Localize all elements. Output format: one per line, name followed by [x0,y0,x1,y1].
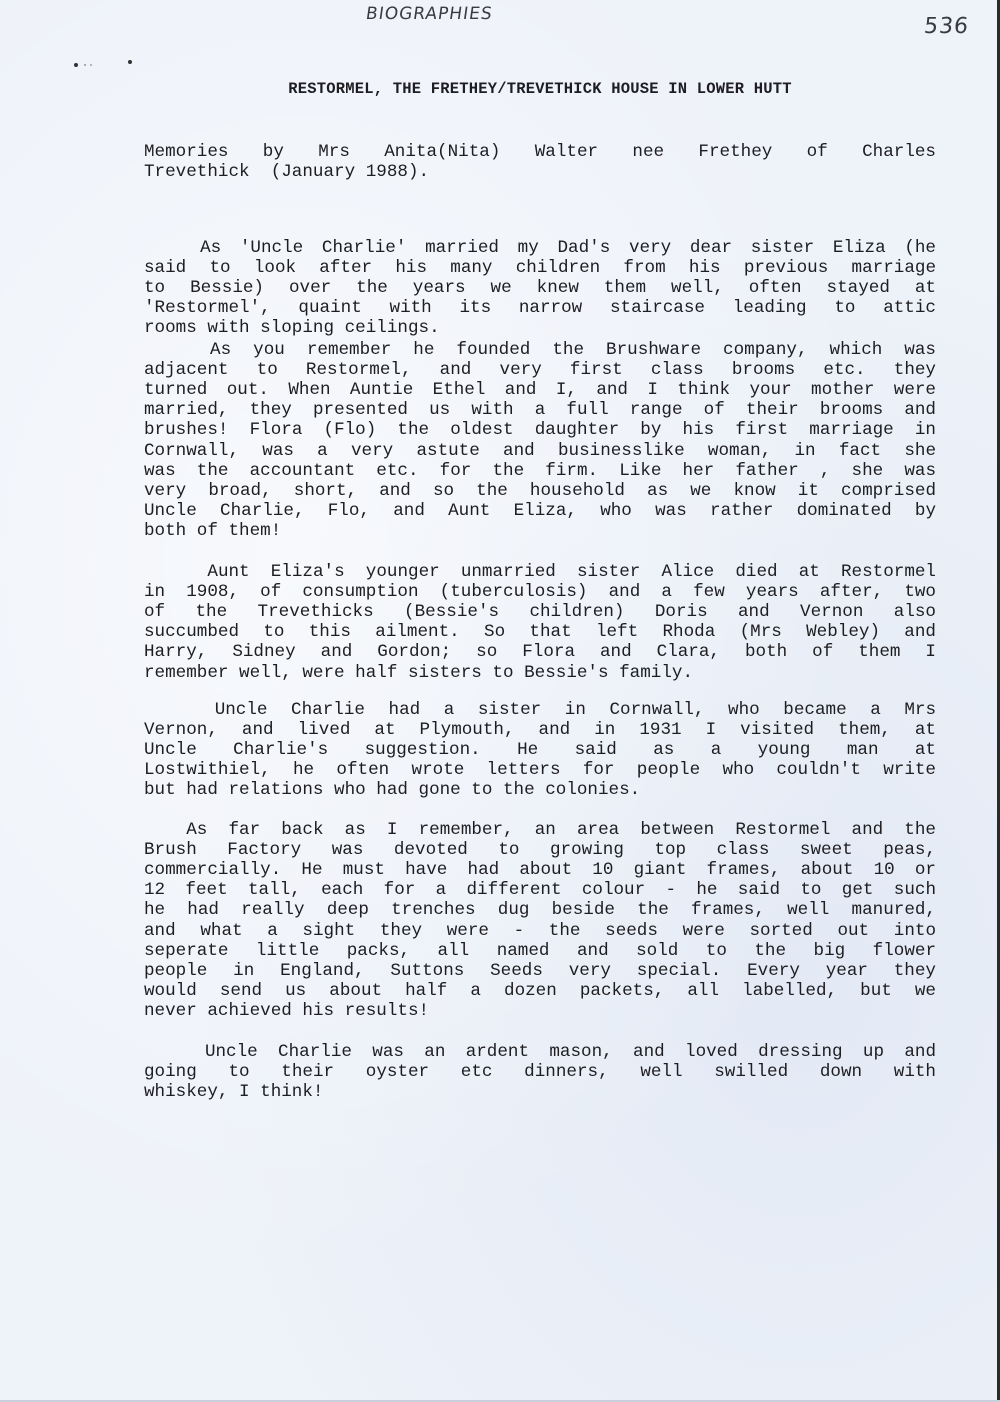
text-line: seperate little packs, all named and sol… [144,941,936,961]
text-line: and what a sight they were - the seeds w… [144,921,936,941]
text-line: turned out. When Auntie Ethel and I, and… [144,380,936,400]
handwritten-page-number: 536 [923,14,971,39]
text-line: rooms with sloping ceilings. [144,318,936,338]
text-line: never achieved his results! [144,1001,936,1021]
text-line: commercially. He must have had about 10 … [144,860,936,880]
text-line: Lostwithiel, he often wrote letters for … [144,760,936,780]
text-line: very broad, short, and so the household … [144,481,936,501]
text-line: but had relations who had gone to the co… [144,780,936,800]
text-line: Vernon, and lived at Plymouth, and in 19… [144,720,936,740]
text-line: Uncle Charlie was an ardent mason, and l… [144,1042,936,1062]
text-line: people in England, Suttons Seeds very sp… [144,961,936,981]
text-line: As far back as I remember, an area betwe… [144,820,936,840]
text-line: of the Trevethicks (Bessie's children) D… [144,602,936,622]
text-line: was the accountant etc. for the firm. Li… [144,461,936,481]
text-line: succumbed to this ailment. So that left … [144,622,936,642]
text-line: Cornwall, was a very astute and business… [144,441,936,461]
text-line: Memories by Mrs Anita(Nita) Walter nee F… [144,142,936,162]
text-line: would send us about half a dozen packets… [144,981,936,1001]
text-line: Trevethick (January 1988). [144,162,936,182]
text-line: brushes! Flora (Flo) the oldest daughter… [144,420,936,440]
text-line: going to their oyster etc dinners, well … [144,1062,936,1082]
text-line: to Bessie) over the years we knew them w… [144,278,936,298]
scanned-page: BIOGRAPHIES 536 RESTORMEL, THE FRETHEY/T… [0,0,1000,1402]
text-line: 'Restormel', quaint with its narrow stai… [144,298,936,318]
document-title: RESTORMEL, THE FRETHEY/TREVETHICK HOUSE … [0,80,1000,98]
text-line: both of them! [144,521,936,541]
text-line: said to look after his many children fro… [144,258,936,278]
scan-speck-marks [74,60,134,68]
text-line: in 1908, of consumption (tuberculosis) a… [144,582,936,602]
text-line: he had really deep trenches dug beside t… [144,900,936,920]
text-line: Harry, Sidney and Gordon; so Flora and C… [144,642,936,662]
text-line: adjacent to Restormel, and very first cl… [144,360,936,380]
text-line: Uncle Charlie, Flo, and Aunt Eliza, who … [144,501,936,521]
text-line: As you remember he founded the Brushware… [144,340,936,360]
text-line: married, they presented us with a full r… [144,400,936,420]
text-line: Uncle Charlie had a sister in Cornwall, … [144,700,936,720]
text-line: Uncle Charlie's suggestion. He said as a… [144,740,936,760]
text-line: 12 feet tall, each for a different colou… [144,880,936,900]
text-line: remember well, were half sisters to Bess… [144,663,936,683]
text-line: whiskey, I think! [144,1082,936,1102]
text-line: Brush Factory was devoted to growing top… [144,840,936,860]
text-line: As 'Uncle Charlie' married my Dad's very… [144,238,936,258]
text-line: Aunt Eliza's younger unmarried sister Al… [144,562,936,582]
handwritten-category-label: BIOGRAPHIES [365,4,494,24]
